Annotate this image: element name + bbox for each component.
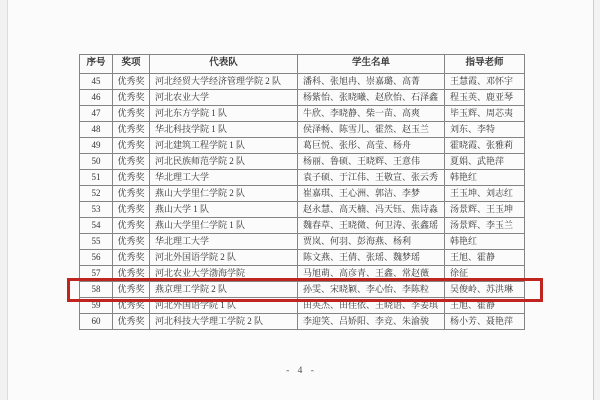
cell-award: 优秀奖: [113, 122, 150, 138]
cell-teachers: 徐征: [445, 266, 525, 282]
cell-team: 河北外国语学院 2 队: [150, 250, 298, 266]
cell-students: 杨丽、鲁硕、王晓辉、王意伟: [298, 154, 445, 170]
cell-award: 优秀奖: [113, 266, 150, 282]
page-number: - 4 -: [79, 366, 524, 376]
cell-no: 55: [80, 234, 113, 250]
cell-students: 袁子硕、于江伟、王敬宣、张云秀: [298, 170, 445, 186]
cell-no: 57: [80, 266, 113, 282]
cell-no: 53: [80, 202, 113, 218]
cell-team: 华北科技学院 1 队: [150, 122, 298, 138]
cell-no: 47: [80, 106, 113, 122]
column-header-teachers: 指导老师: [445, 55, 525, 74]
table-row: 50 优秀奖 河北民族师范学院 2 队 杨丽、鲁硕、王晓辉、王意伟 夏娟、武艳萍: [80, 154, 525, 170]
table-row: 55 优秀奖 华北理工大学 贾岚、何羽、彭海燕、杨利 韩艳红: [80, 234, 525, 250]
award-table: 序号 奖项 代表队 学生名单 指导老师 45 优秀奖 河北经贸大学经济管理学院 …: [79, 54, 525, 330]
cell-award: 优秀奖: [113, 106, 150, 122]
column-header-team: 代表队: [150, 55, 298, 74]
cell-teachers: 王旭、霍静: [445, 250, 525, 266]
cell-award: 优秀奖: [113, 250, 150, 266]
table-row: 51 优秀奖 华北理工大学 袁子硕、于江伟、王敬宣、张云秀 韩艳红: [80, 170, 525, 186]
cell-teachers: 王慧霞、邓怀宇: [445, 74, 525, 90]
document-page: { "page": { "footer_page_label": "- 4 -"…: [0, 0, 600, 400]
table-row: 48 优秀奖 华北科技学院 1 队 侯泽畅、陈雪儿、霍然、赵玉兰 刘东、李特: [80, 122, 525, 138]
column-header-students: 学生名单: [298, 55, 445, 74]
cell-team: 河北农业大学渤海学院: [150, 266, 298, 282]
cell-students: 马旭萌、高彦青、王鑫、常赵薇: [298, 266, 445, 282]
cell-award: 优秀奖: [113, 90, 150, 106]
cell-teachers: 王玉坤、刘志红: [445, 186, 525, 202]
cell-award: 优秀奖: [113, 202, 150, 218]
table-row: 54 优秀奖 燕山大学里仁学院 1 队 魏春草、王晓微、何卫涛、张鑫瑶 汤景辉、…: [80, 218, 525, 234]
cell-teachers: 吴俊岭、苏洪琳: [445, 282, 525, 298]
table-row-highlighted: 58 优秀奖 燕京理工学院 2 队 孙雯、宋晓颖、李心怡、李陈粒 吴俊岭、苏洪琳: [80, 282, 525, 298]
cell-award: 优秀奖: [113, 218, 150, 234]
cell-team: 河北经贸大学经济管理学院 2 队: [150, 74, 298, 90]
table-row: 57 优秀奖 河北农业大学渤海学院 马旭萌、高彦青、王鑫、常赵薇 徐征: [80, 266, 525, 282]
cell-no: 52: [80, 186, 113, 202]
cell-teachers: 夏娟、武艳萍: [445, 154, 525, 170]
cell-award: 优秀奖: [113, 154, 150, 170]
cell-students: 贾岚、何羽、彭海燕、杨利: [298, 234, 445, 250]
award-table-header: 序号 奖项 代表队 学生名单 指导老师: [80, 55, 525, 74]
cell-team: 河北农业大学: [150, 90, 298, 106]
cell-award: 优秀奖: [113, 282, 150, 298]
cell-team: 燕山大学 1 队: [150, 202, 298, 218]
table-row: 56 优秀奖 河北外国语学院 2 队 陈文燕、王倩、张瑶、魏梦瑶 王旭、霍静: [80, 250, 525, 266]
column-header-award: 奖项: [113, 55, 150, 74]
cell-teachers: 韩艳红: [445, 170, 525, 186]
cell-team: 华北理工大学: [150, 234, 298, 250]
cell-no: 60: [80, 314, 113, 330]
header-row: 序号 奖项 代表队 学生名单 指导老师: [80, 55, 525, 74]
cell-no: 48: [80, 122, 113, 138]
cell-students: 李迎笑、吕娇阳、李竞、朱渝骏: [298, 314, 445, 330]
cell-students: 杨紫怡、张晓曦、赵欣怡、石泽鑫: [298, 90, 445, 106]
cell-team: 河北科技大学理工学院 2 队: [150, 314, 298, 330]
cell-students: 葛巨悦、张彤、高莹、杨舟: [298, 138, 445, 154]
cell-no: 51: [80, 170, 113, 186]
table-row: 60 优秀奖 河北科技大学理工学院 2 队 李迎笑、吕娇阳、李竞、朱渝骏 杨小芳…: [80, 314, 525, 330]
table-row: 59 优秀奖 河北外国语学院 1 队 田英杰、田佳依、王晓语、李姜琪 王旭、霍静: [80, 298, 525, 314]
cell-award: 优秀奖: [113, 74, 150, 90]
cell-no: 50: [80, 154, 113, 170]
cell-teachers: 汤景辉、王玉坤: [445, 202, 525, 218]
cell-team: 燕京理工学院 2 队: [150, 282, 298, 298]
cell-students: 崔嘉琪、王心洲、郭洁、李梦: [298, 186, 445, 202]
cell-no: 56: [80, 250, 113, 266]
table-row: 53 优秀奖 燕山大学 1 队 赵永慧、高天楠、冯天钰、焦诗淼 汤景辉、王玉坤: [80, 202, 525, 218]
table-row: 47 优秀奖 河北东方学院 1 队 牛欣、李晓静、柴一苗、高爽 毕玉辉、周芯夷: [80, 106, 525, 122]
cell-no: 58: [80, 282, 113, 298]
cell-students: 侯泽畅、陈雪儿、霍然、赵玉兰: [298, 122, 445, 138]
table-row: 45 优秀奖 河北经贸大学经济管理学院 2 队 潘科、张旭冉、崇嘉璐、高菁 王慧…: [80, 74, 525, 90]
cell-no: 49: [80, 138, 113, 154]
cell-team: 燕山大学里仁学院 1 队: [150, 218, 298, 234]
cell-teachers: 霍晓霞、张雅莉: [445, 138, 525, 154]
table-row: 46 优秀奖 河北农业大学 杨紫怡、张晓曦、赵欣怡、石泽鑫 程玉英、鹿亚琴: [80, 90, 525, 106]
table-row: 52 优秀奖 燕山大学里仁学院 2 队 崔嘉琪、王心洲、郭洁、李梦 王玉坤、刘志…: [80, 186, 525, 202]
cell-students: 赵永慧、高天楠、冯天钰、焦诗淼: [298, 202, 445, 218]
cell-students: 陈文燕、王倩、张瑶、魏梦瑶: [298, 250, 445, 266]
cell-award: 优秀奖: [113, 170, 150, 186]
column-header-no: 序号: [80, 55, 113, 74]
cell-award: 优秀奖: [113, 298, 150, 314]
cell-no: 59: [80, 298, 113, 314]
cell-teachers: 王旭、霍静: [445, 298, 525, 314]
table-row: 49 优秀奖 河北建筑工程学院 1 队 葛巨悦、张彤、高莹、杨舟 霍晓霞、张雅莉: [80, 138, 525, 154]
cell-students: 田英杰、田佳依、王晓语、李姜琪: [298, 298, 445, 314]
cell-teachers: 程玉英、鹿亚琴: [445, 90, 525, 106]
cell-students: 孙雯、宋晓颖、李心怡、李陈粒: [298, 282, 445, 298]
cell-students: 潘科、张旭冉、崇嘉璐、高菁: [298, 74, 445, 90]
page-left-edge: [0, 0, 8, 400]
cell-no: 45: [80, 74, 113, 90]
cell-no: 46: [80, 90, 113, 106]
award-table-body: 45 优秀奖 河北经贸大学经济管理学院 2 队 潘科、张旭冉、崇嘉璐、高菁 王慧…: [80, 74, 525, 330]
cell-teachers: 汤景辉、李玉兰: [445, 218, 525, 234]
cell-no: 54: [80, 218, 113, 234]
cell-students: 魏春草、王晓微、何卫涛、张鑫瑶: [298, 218, 445, 234]
cell-team: 河北东方学院 1 队: [150, 106, 298, 122]
cell-teachers: 毕玉辉、周芯夷: [445, 106, 525, 122]
cell-team: 河北外国语学院 1 队: [150, 298, 298, 314]
cell-team: 河北民族师范学院 2 队: [150, 154, 298, 170]
cell-award: 优秀奖: [113, 138, 150, 154]
cell-teachers: 杨小芳、聂艳萍: [445, 314, 525, 330]
cell-award: 优秀奖: [113, 186, 150, 202]
cell-teachers: 刘东、李特: [445, 122, 525, 138]
cell-award: 优秀奖: [113, 314, 150, 330]
cell-award: 优秀奖: [113, 234, 150, 250]
cell-teachers: 韩艳红: [445, 234, 525, 250]
cell-team: 河北建筑工程学院 1 队: [150, 138, 298, 154]
page-right-edge: [593, 0, 600, 400]
cell-students: 牛欣、李晓静、柴一苗、高爽: [298, 106, 445, 122]
cell-team: 华北理工大学: [150, 170, 298, 186]
cell-team: 燕山大学里仁学院 2 队: [150, 186, 298, 202]
